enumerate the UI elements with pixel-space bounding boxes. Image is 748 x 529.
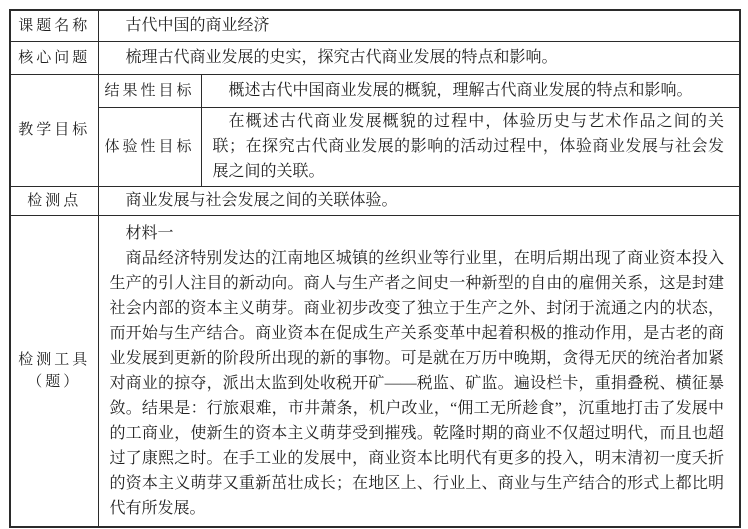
check-tool-label-line1: 检测工具 xyxy=(11,349,98,371)
teaching-goals-row-header: 教学目标 xyxy=(10,74,98,186)
row-outcome-goal: 教学目标 结果性目标 概述古代中国商业发展的概貌，理解古代商业发展的特点和影响。 xyxy=(10,74,740,107)
experience-goal-value-cell: 在概述古代商业发展概貌的过程中，体验历史与艺术作品之间的关联；在探究古代商业发展… xyxy=(201,107,740,186)
row-experience-goal: 体验性目标 在概述古代商业发展概貌的过程中，体验历史与艺术作品之间的关联；在探究… xyxy=(10,107,740,186)
check-point-row-header: 检测点 xyxy=(10,186,98,215)
row-topic: 课题名称 古代中国的商业经济 xyxy=(10,10,740,41)
core-question-row-header: 核心问题 xyxy=(10,41,98,74)
core-question-value: 梳理古代商业发展的史实，探究古代商业发展的特点和影响。 xyxy=(100,45,739,70)
core-question-value-cell: 梳理古代商业发展的史实，探究古代商业发展的特点和影响。 xyxy=(98,41,740,74)
material-cell: 材料一 商品经济特别发达的江南地区城镇的丝织业等行业里，在明后期出现了商业资本投… xyxy=(98,215,740,527)
check-point-value-cell: 商业发展与社会发展之间的关联体验。 xyxy=(98,186,740,215)
topic-value-cell: 古代中国的商业经济 xyxy=(98,10,740,41)
experience-goal-subheader: 体验性目标 xyxy=(98,107,201,186)
row-core-question: 核心问题 梳理古代商业发展的史实，探究古代商业发展的特点和影响。 xyxy=(10,41,740,74)
lesson-plan-table: 课题名称 古代中国的商业经济 核心问题 梳理古代商业发展的史实，探究古代商业发展… xyxy=(9,9,741,528)
check-point-value: 商业发展与社会发展之间的关联体验。 xyxy=(100,188,739,213)
outcome-goal-subheader: 结果性目标 xyxy=(98,74,201,107)
material-paragraph: 商品经济特别发达的江南地区城镇的丝织业等行业里，在明后期出现了商业资本投入生产的… xyxy=(100,246,739,521)
document-page: 课题名称 古代中国的商业经济 核心问题 梳理古代商业发展的史实，探究古代商业发展… xyxy=(0,0,748,529)
topic-row-header: 课题名称 xyxy=(10,10,98,41)
material-heading: 材料一 xyxy=(100,221,739,246)
outcome-goal-value-cell: 概述古代中国商业发展的概貌，理解古代商业发展的特点和影响。 xyxy=(201,74,740,107)
experience-goal-value: 在概述古代商业发展概貌的过程中，体验历史与艺术作品之间的关联；在探究古代商业发展… xyxy=(203,109,739,184)
check-tool-label-line2: （题） xyxy=(11,371,98,393)
row-check-tool: 检测工具 （题） 材料一 商品经济特别发达的江南地区城镇的丝织业等行业里，在明后… xyxy=(10,215,740,527)
topic-value: 古代中国的商业经济 xyxy=(100,13,739,38)
row-check-point: 检测点 商业发展与社会发展之间的关联体验。 xyxy=(10,186,740,215)
outcome-goal-value: 概述古代中国商业发展的概貌，理解古代商业发展的特点和影响。 xyxy=(203,78,739,103)
check-tool-row-header: 检测工具 （题） xyxy=(10,215,98,527)
